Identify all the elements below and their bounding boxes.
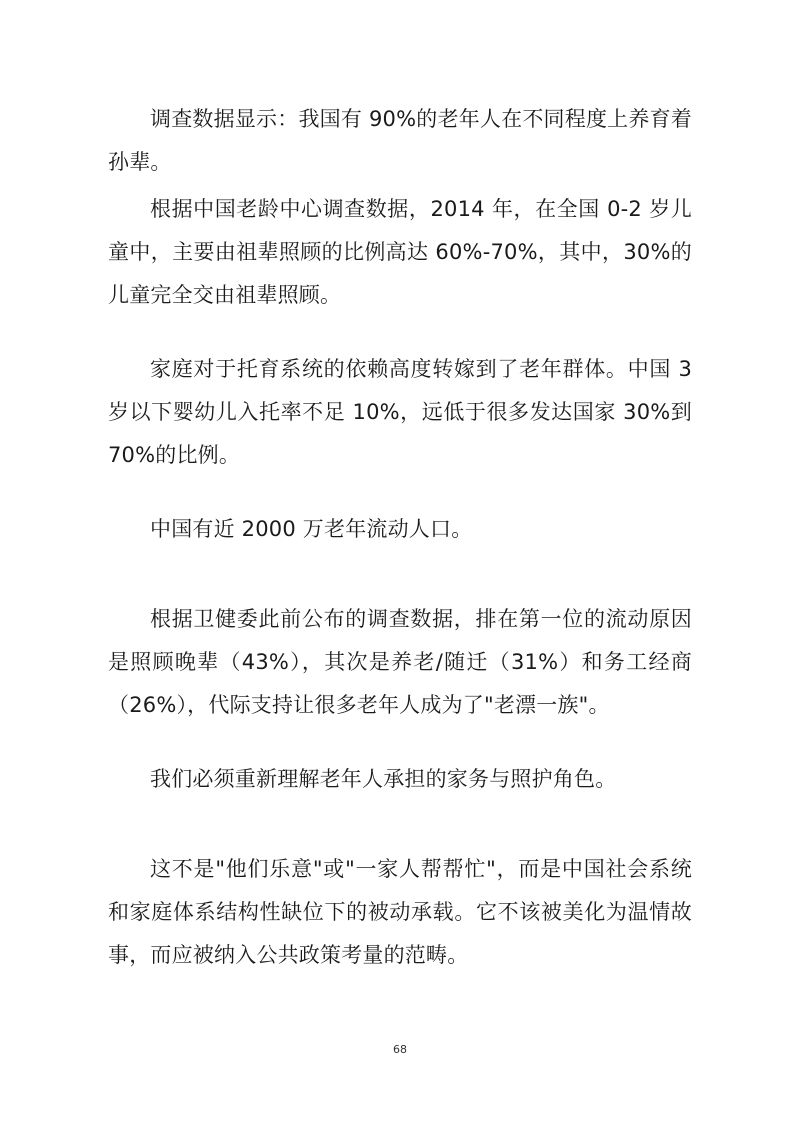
paragraph-grandparent-care-survey: 调查数据显示：我国有 90%的老年人在不同程度上养育着孙辈。 [108,98,692,184]
document-page: 调查数据显示：我国有 90%的老年人在不同程度上养育着孙辈。 根据中国老龄中心调… [0,0,800,1131]
paragraph-aging-center-data: 根据中国老龄中心调查数据，2014 年，在全国 0-2 岁儿童中，主要由祖辈照顾… [108,188,692,317]
paragraph-childcare-enrollment: 家庭对于托育系统的依赖高度转嫁到了老年群体。中国 3 岁以下婴幼儿入托率不足 1… [108,348,692,477]
paragraph-floating-elderly-population: 中国有近 2000 万老年流动人口。 [108,508,692,551]
paragraph-rethink-care-role: 我们必须重新理解老年人承担的家务与照护角色。 [108,758,692,801]
paragraph-migration-reasons: 根据卫健委此前公布的调查数据，排在第一位的流动原因是照顾晚辈（43%），其次是养… [108,598,692,727]
paragraph-structural-burden: 这不是"他们乐意"或"一家人帮帮忙"，而是中国社会系统和家庭体系结构性缺位下的被… [108,848,692,977]
page-number: 68 [0,1043,800,1056]
